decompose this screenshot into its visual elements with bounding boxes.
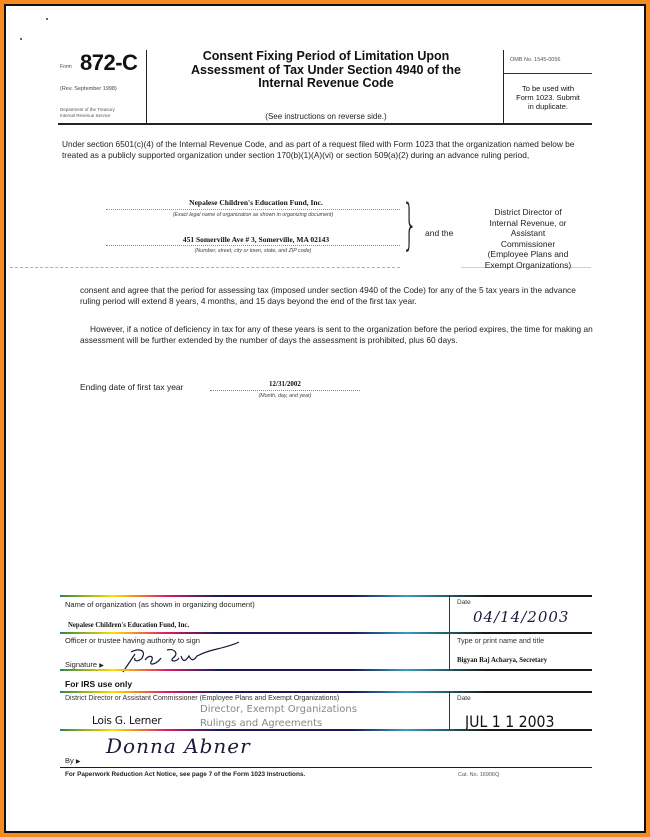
- irs-date-label: Date: [457, 695, 471, 702]
- dashed-rule: [10, 267, 400, 268]
- by-signature-field: Donna Abner: [106, 734, 251, 758]
- print-name-field[interactable]: Bigyan Raj Acharya, Secretary: [457, 657, 547, 664]
- form-872c-page: Form 872-C (Rev. September 1998) Departm…: [6, 6, 644, 831]
- irs-use-heading: For IRS use only: [65, 679, 132, 689]
- section-rule: [60, 691, 592, 693]
- signature-label: Signature ▶: [65, 660, 104, 669]
- ending-date-caption: (Month, day, and year): [210, 393, 360, 399]
- column-divider: [449, 691, 450, 730]
- print-name-label: Type or print name and title: [457, 636, 544, 645]
- header-rule: [58, 123, 592, 125]
- ending-date-label: Ending date of first tax year: [80, 382, 183, 392]
- district-director-block: District Director of Internal Revenue, o…: [464, 207, 592, 270]
- section-rule: [60, 669, 592, 671]
- catalog-number: Cat. No. 16906Q: [458, 772, 499, 778]
- document-frame: Form 872-C (Rev. September 1998) Departm…: [4, 4, 646, 833]
- arrow-right-icon: ▶: [76, 759, 81, 765]
- organization-address-caption: (Number, street, city or town, state, an…: [106, 248, 400, 254]
- form-word: Form: [60, 64, 72, 70]
- org-name-label: Name of organization (as shown in organi…: [65, 600, 255, 609]
- form-number: 872-C: [80, 50, 137, 76]
- header-divider: [503, 50, 504, 124]
- department-label: Department of the Treasury Internal Reve…: [60, 107, 115, 118]
- organization-name-caption: (Exact legal name of organization as sho…: [106, 212, 400, 218]
- paperwork-notice: For Paperwork Reduction Act Notice, see …: [65, 771, 305, 778]
- see-instructions: (See instructions on reverse side.): [156, 112, 496, 121]
- district-director-label: District Director or Assistant Commissio…: [65, 695, 339, 702]
- organization-address-field[interactable]: 451 Somerville Ave # 3, Somerville, MA 0…: [116, 235, 396, 244]
- section-rule: [60, 595, 592, 597]
- director-name: Lois G. Lerner: [92, 715, 162, 727]
- date-label: Date: [457, 599, 471, 606]
- section-rule: [60, 767, 592, 768]
- consent-paragraph: consent and agree that the period for as…: [80, 285, 594, 307]
- and-the-label: and the: [425, 228, 453, 238]
- scan-speck: [46, 18, 48, 20]
- by-label: By ▶: [65, 756, 80, 765]
- section-rule: [60, 632, 592, 634]
- brace-icon: }: [402, 198, 417, 252]
- header-divider: [503, 73, 592, 74]
- director-title-stamp: Director, Exempt Organizations Rulings a…: [200, 703, 357, 731]
- form-revision: (Rev. September 1998): [60, 86, 117, 92]
- organization-name-field[interactable]: Nepalese Children's Education Fund, Inc.: [116, 198, 396, 207]
- header-divider: [146, 50, 147, 124]
- omb-number: OMB No. 1545-0056: [510, 57, 560, 63]
- dotted-line: [210, 390, 360, 391]
- dotted-line: [106, 245, 400, 246]
- org-name-signature-field[interactable]: Nepalese Children's Education Fund, Inc.: [68, 622, 189, 629]
- form-title: Consent Fixing Period of Limitation Upon…: [156, 50, 496, 91]
- signed-date-field[interactable]: 04/14/2003: [473, 608, 569, 626]
- usage-note: To be used with Form 1023. Submit in dup…: [505, 84, 591, 111]
- ending-date-field[interactable]: 12/31/2002: [210, 380, 360, 388]
- section-rule: [60, 729, 592, 731]
- however-paragraph: However, if a notice of deficiency in ta…: [80, 324, 594, 346]
- dotted-line: [106, 209, 400, 210]
- intro-paragraph: Under section 6501(c)(4) of the Internal…: [62, 139, 592, 161]
- scan-speck: [20, 38, 22, 40]
